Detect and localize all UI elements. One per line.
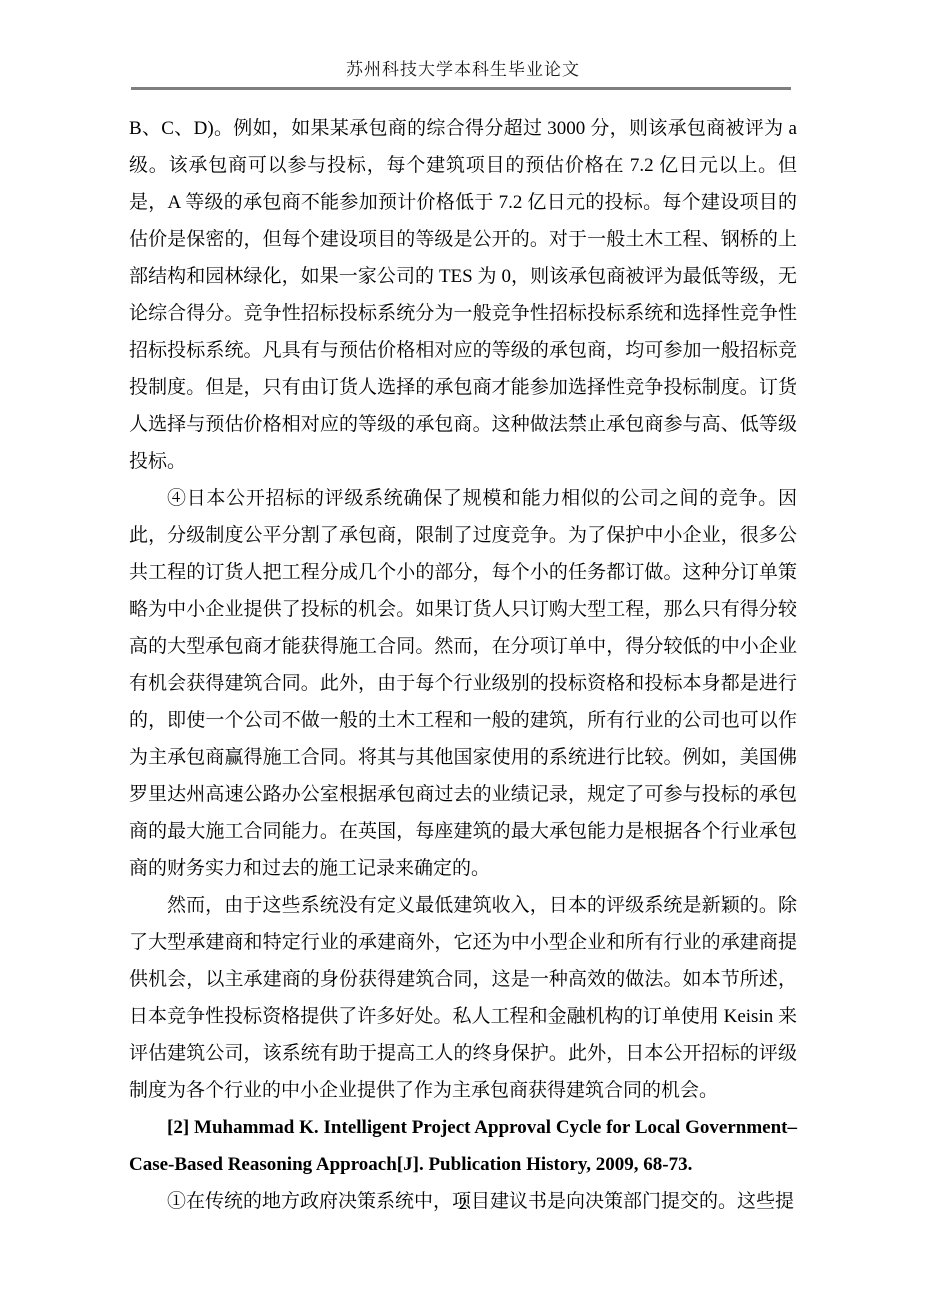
paragraph-continuation: B、C、D)。例如，如果某承包商的综合得分超过 3000 分，则该承包商被评为 …	[129, 110, 797, 480]
reference-citation: [2] Muhammad K. Intelligent Project Appr…	[129, 1109, 797, 1183]
page-number: 2	[0, 1192, 926, 1216]
header-title: 苏州科技大学本科生毕业论文	[130, 58, 796, 82]
body-content: B、C、D)。例如，如果某承包商的综合得分超过 3000 分，则该承包商被评为 …	[129, 110, 797, 1220]
paragraph-summary: 然而，由于这些系统没有定义最低建筑收入，日本的评级系统是新颖的。除了大型承建商和…	[129, 887, 797, 1109]
header-divider	[131, 87, 791, 90]
paragraph-point-4: ④日本公开招标的评级系统确保了规模和能力相似的公司之间的竞争。因此，分级制度公平…	[129, 480, 797, 887]
thesis-page: 苏州科技大学本科生毕业论文 B、C、D)。例如，如果某承包商的综合得分超过 30…	[0, 0, 926, 1309]
